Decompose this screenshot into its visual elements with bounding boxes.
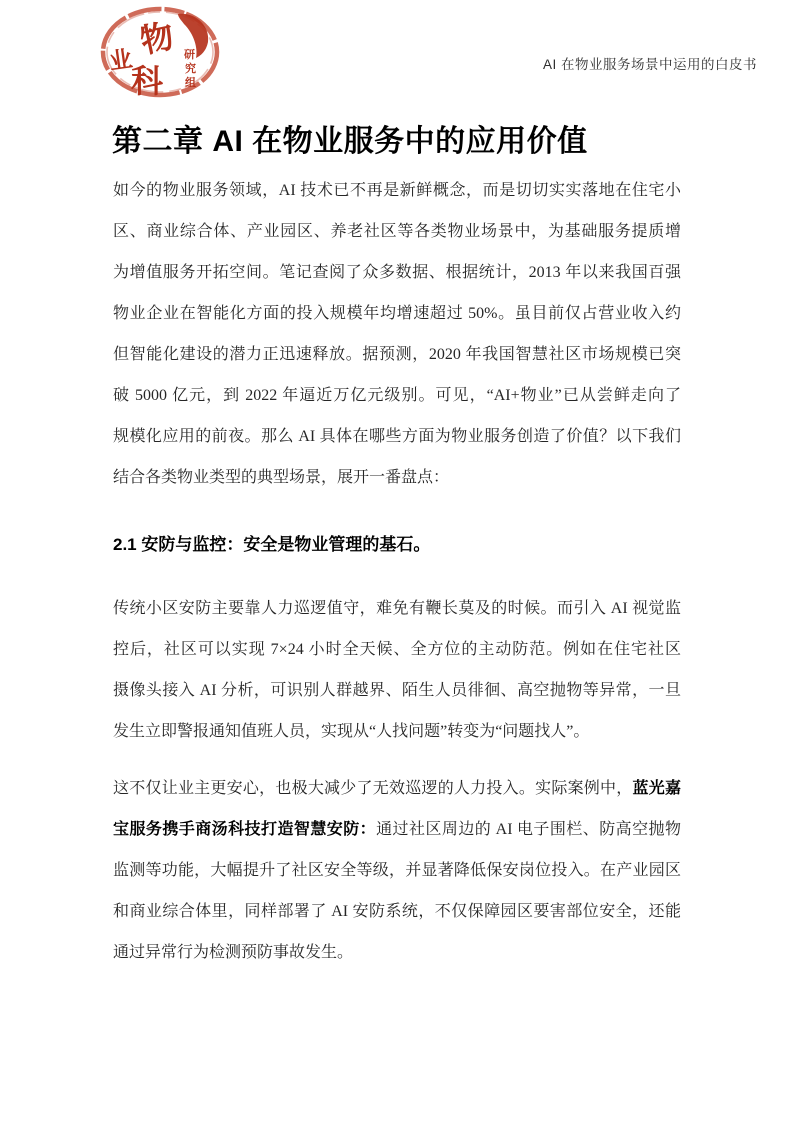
text-line: 物业企业在智能化方面的投入规模年均增速超过 50%。虽目前仅占营业收入约 1%， bbox=[113, 293, 681, 334]
text-line: 传统小区安防主要靠人力巡逻值守，难免有鞭长莫及的时候。而引入 AI 视觉监 bbox=[113, 588, 681, 629]
text-line: 结合各类物业类型的典型场景，展开一番盘点： bbox=[113, 457, 681, 498]
text-line: 规模化应用的前夜。那么 AI 具体在哪些方面为物业服务创造了价值？以下我们 bbox=[113, 416, 681, 457]
paragraph-3: 这不仅让业主更安心，也极大减少了无效巡逻的人力投入。实际案例中，蓝光嘉 宝服务携… bbox=[113, 768, 681, 973]
text-line: 监测等功能，大幅提升了社区安全等级，并显著降低保安岗位投入。在产业园区 bbox=[113, 850, 681, 891]
text-line: 破 5000 亿元，到 2022 年逼近万亿元级别。可见，“AI+物业”已从尝鲜… bbox=[113, 375, 681, 416]
section-heading-2-1: 2.1 安防与监控：安全是物业管理的基石。 bbox=[113, 524, 681, 565]
text-line: 控后，社区可以实现 7×24 小时全天候、全方位的主动防范。例如在住宅社区中， bbox=[113, 629, 681, 670]
running-header-title: AI 在物业服务场景中运用的白皮书 bbox=[543, 53, 757, 73]
seal-char-yan: 研 bbox=[184, 47, 195, 61]
case-study-detail-text: 通过社区周边的 AI 电子围栏、防高空抛物 bbox=[376, 821, 681, 838]
text-line: 这不仅让业主更安心，也极大减少了无效巡逻的人力投入。实际案例中，蓝光嘉 bbox=[113, 768, 681, 809]
text-line: 宝服务携手商汤科技打造智慧安防：通过社区周边的 AI 电子围栏、防高空抛物 bbox=[113, 809, 681, 850]
text-line: 发生立即警报通知值班人员，实现从“人找问题”转变为“问题找人”。 bbox=[113, 711, 681, 752]
company-seal-logo: 物 业 科 研 究 组 bbox=[98, 6, 222, 98]
seal-char-ke: 科 bbox=[131, 63, 163, 98]
chapter-title: 第二章 AI 在物业服务中的应用价值 bbox=[112, 116, 732, 160]
text-line: 如今的物业服务领域，AI 技术已不再是新鲜概念，而是切切实实落地在住宅小 bbox=[113, 170, 681, 211]
text-line: 区、商业综合体、产业园区、养老社区等各类物业场景中，为基础服务提质增效、 bbox=[113, 211, 681, 252]
case-study-name-part2: 宝服务携手商汤科技打造智慧安防： bbox=[113, 821, 376, 838]
seal-char-zu: 组 bbox=[185, 75, 196, 89]
seal-char-wu: 物 bbox=[137, 18, 177, 61]
text-line: 但智能化建设的潜力正迅速释放。据预测，2020 年我国智慧社区市场规模已突 bbox=[113, 334, 681, 375]
seal-char-jiu: 究 bbox=[185, 61, 196, 75]
text-line: 通过异常行为检测预防事故发生。 bbox=[113, 932, 681, 973]
seal-logo-graphic: 物 业 科 研 究 组 bbox=[98, 6, 222, 98]
document-page: 物 业 科 研 究 组 AI 在物业服务场景中运用的白皮书 第二章 AI 在物业… bbox=[0, 0, 793, 1122]
text-line: 为增值服务开拓空间。笔记查阅了众多数据、根据统计，2013 年以来我国百强 bbox=[113, 252, 681, 293]
text-line: 摄像头接入 AI 分析，可识别人群越界、陌生人员徘徊、高空抛物等异常，一旦 bbox=[113, 670, 681, 711]
case-study-lead-text: 这不仅让业主更安心，也极大减少了无效巡逻的人力投入。实际案例中， bbox=[113, 780, 633, 797]
paragraph-1: 如今的物业服务领域，AI 技术已不再是新鲜概念，而是切切实实落地在住宅小 区、商… bbox=[113, 170, 681, 498]
case-study-name-part1: 蓝光嘉 bbox=[633, 780, 681, 797]
text-line: 和商业综合体里，同样部署了 AI 安防系统，不仅保障园区要害部位安全，还能 bbox=[113, 891, 681, 932]
paragraph-2: 传统小区安防主要靠人力巡逻值守，难免有鞭长莫及的时候。而引入 AI 视觉监 控后… bbox=[113, 588, 681, 752]
